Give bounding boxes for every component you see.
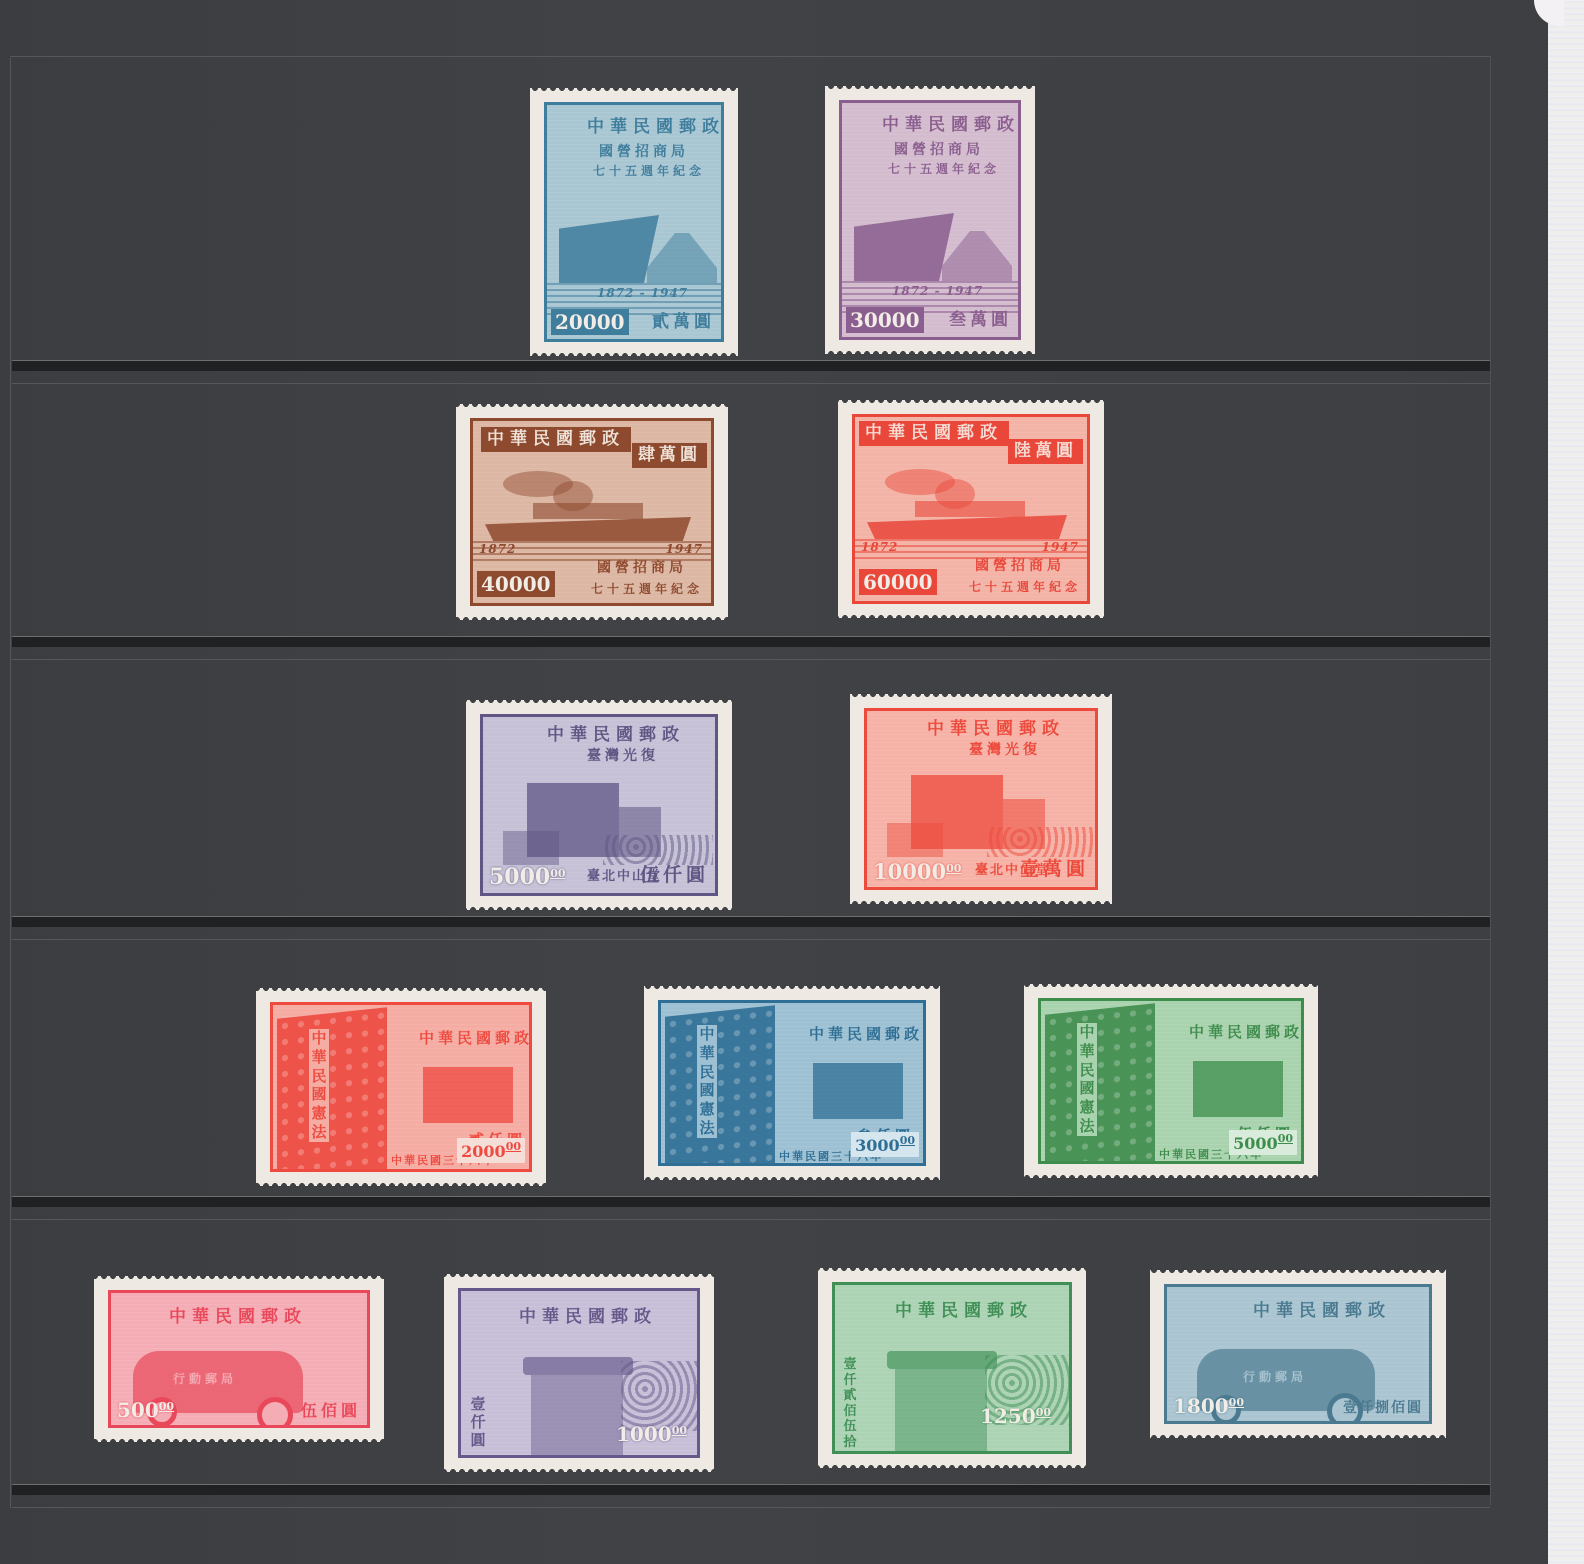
stamp-design: 中華民國郵政 臺灣光復 1000000 臺北中山堂 壹萬圓 [864, 708, 1098, 890]
stamp-value: 40000 [477, 571, 555, 597]
stamp[interactable]: 中華民國郵政 壹仟貳佰伍拾圓 125000 [818, 1268, 1086, 1468]
stamp[interactable]: 中華民國郵政 壹仟圓 100000 [444, 1274, 714, 1472]
stamp-country-text: 中華民國郵政 [587, 119, 724, 136]
stamp[interactable]: 中華民國郵政 臺灣光復 500000 臺北中山堂 伍仟圓 [466, 700, 732, 910]
stamp-value: 125000 [976, 1403, 1055, 1429]
stamp-subtitle: 七十五週年紀念 [888, 163, 1000, 175]
stock-page: 中華民國郵政 國營招商局 七十五週年紀念 1872 - 1947 20000 貳… [0, 0, 1548, 1564]
stamp-country-text: 中華民國郵政 [481, 427, 631, 452]
stamp-subtitle: 七十五週年紀念 [969, 581, 1081, 593]
stock-strip [12, 916, 1490, 927]
stamp-design: 中華民國郵政 國營招商局 七十五週年紀念 1872 - 1947 30000 叁… [839, 100, 1021, 340]
stamp-value: 100000 [612, 1421, 691, 1447]
stock-page-rule [1490, 56, 1491, 1506]
stock-strip [12, 1484, 1490, 1495]
stock-page-rule [10, 58, 11, 1508]
stamp-vehicle-text: 行動郵局 [1243, 1371, 1307, 1383]
stamp-design: 中華民國憲法 中華民國郵政 貳仟圓 中華民國三十六年 200000 [270, 1002, 532, 1172]
stamp-book-title: 中華民國憲法 [1077, 1023, 1097, 1136]
stamp-design: 中華民國憲法 中華民國郵政 叁仟圓 中華民國三十六年 300000 [658, 1000, 926, 1166]
stamp-years: 1872 [479, 543, 516, 555]
stamp[interactable]: 中華民國憲法 中華民國郵政 貳仟圓 中華民國三十六年 200000 [256, 988, 546, 1186]
stamp-years: 1947 [1042, 541, 1079, 553]
stock-strip [12, 1196, 1490, 1207]
stamp[interactable]: 中華民國憲法 中華民國郵政 伍仟圓 中華民國三十六年 500000 [1024, 984, 1318, 1178]
stamp-value-chinese: 伍佰圓 [301, 1403, 361, 1419]
stamp[interactable]: 中華民國郵政 肆萬圓 1872 1947 40000 國營招商局 七十五週年紀念 [456, 404, 728, 620]
stamp-country-text: 中華民國郵政 [1253, 1303, 1391, 1320]
stamp-subtitle: 國營招商局 [599, 145, 689, 159]
stamp-years: 1872 [861, 541, 898, 553]
stamp[interactable]: 中華民國郵政 行動郵局 50000 伍佰圓 [94, 1276, 384, 1442]
stamp-country-text: 中華民國郵政 [519, 1309, 657, 1326]
stamp[interactable]: 中華民國郵政 陸萬圓 1872 1947 60000 國營招商局 七十五週年紀念 [838, 400, 1104, 618]
stamp-value-chinese: 壹仟貳佰伍拾圓 [841, 1357, 859, 1454]
stamp-design: 中華民國郵政 行動郵局 50000 伍佰圓 [108, 1290, 370, 1428]
stamp-country-text: 中華民國郵政 [169, 1309, 307, 1326]
stamp-years: 1872 - 1947 [597, 287, 688, 299]
scan-edge [1548, 0, 1584, 1564]
stamp-country-text: 中華民國郵政 [547, 727, 685, 744]
stamp-design: 中華民國郵政 國營招商局 七十五週年紀念 1872 - 1947 20000 貳… [544, 102, 724, 342]
stamp-vehicle-text: 行動郵局 [173, 1373, 237, 1385]
stamp-design: 中華民國郵政 壹仟圓 100000 [458, 1288, 700, 1458]
stamp-value: 30000 [846, 307, 924, 333]
stamp-value: 20000 [551, 309, 629, 335]
stamp-subtitle: 國營招商局 [597, 561, 687, 575]
stamp-value: 60000 [859, 569, 937, 595]
stamp-book-title: 中華民國憲法 [309, 1029, 329, 1142]
stamp[interactable]: 中華民國郵政 臺灣光復 1000000 臺北中山堂 壹萬圓 [850, 694, 1112, 904]
stamp-subtitle: 國營招商局 [894, 143, 984, 157]
stamp-subtitle: 國營招商局 [975, 559, 1065, 573]
stamp-value: 180000 [1169, 1393, 1248, 1419]
stamp-value: 200000 [457, 1138, 525, 1163]
stock-strip [12, 636, 1490, 647]
stamp-years: 1872 - 1947 [892, 285, 983, 297]
stamp-value-chinese: 肆萬圓 [632, 443, 707, 468]
stamp-country-text: 中華民國郵政 [927, 721, 1065, 738]
stamp-subtitle: 臺灣光復 [969, 743, 1041, 757]
stamp-subtitle: 七十五週年紀念 [591, 583, 703, 595]
stamp-value-chinese: 叁萬圓 [949, 312, 1012, 329]
stamp-country-text: 中華民國郵政 [895, 1303, 1033, 1320]
stamp-value: 50000 [113, 1397, 178, 1423]
stamp[interactable]: 中華民國郵政 國營招商局 七十五週年紀念 1872 - 1947 20000 貳… [530, 88, 738, 356]
stamp-country-text: 中華民國郵政 [882, 117, 1020, 134]
stamp[interactable]: 中華民國郵政 行動郵局 180000 壹仟捌佰圓 [1150, 1270, 1446, 1438]
stamp-design: 中華民國郵政 肆萬圓 1872 1947 40000 國營招商局 七十五週年紀念 [470, 418, 714, 606]
stamp-country-text: 中華民國郵政 [859, 421, 1009, 446]
stamp-country-text: 中華民國郵政 [809, 1027, 923, 1042]
stamp-book-title: 中華民國憲法 [697, 1025, 717, 1138]
stamp-country-text: 中華民國郵政 [1189, 1025, 1303, 1040]
stamp[interactable]: 中華民國郵政 國營招商局 七十五週年紀念 1872 - 1947 30000 叁… [825, 86, 1035, 354]
stamp-subtitle: 臺灣光復 [587, 749, 659, 763]
stamp-value-chinese: 貳萬圓 [652, 314, 715, 331]
stamp-value: 1000000 [869, 858, 965, 885]
stock-page-rule [10, 56, 1490, 57]
stamp-design: 中華民國郵政 行動郵局 180000 壹仟捌佰圓 [1164, 1284, 1432, 1424]
stamp-country-text: 中華民國郵政 [419, 1031, 532, 1046]
stamp-subtitle: 七十五週年紀念 [593, 165, 705, 177]
stamp-value: 300000 [851, 1132, 919, 1157]
stamp-design: 中華民國憲法 中華民國郵政 伍仟圓 中華民國三十六年 500000 [1038, 998, 1304, 1164]
stamp-design: 中華民國郵政 陸萬圓 1872 1947 60000 國營招商局 七十五週年紀念 [852, 414, 1090, 604]
stamp-value: 500000 [485, 863, 570, 891]
stamp-value: 500000 [1229, 1130, 1297, 1155]
stamp-design: 中華民國郵政 壹仟貳佰伍拾圓 125000 [832, 1282, 1072, 1454]
stamp[interactable]: 中華民國憲法 中華民國郵政 叁仟圓 中華民國三十六年 300000 [644, 986, 940, 1180]
stamp-value-chinese: 壹仟圓 [469, 1395, 487, 1449]
stock-strip [12, 360, 1490, 371]
stamp-value-chinese: 陸萬圓 [1008, 439, 1083, 464]
stamp-design: 中華民國郵政 臺灣光復 500000 臺北中山堂 伍仟圓 [480, 714, 718, 896]
stamp-value-chinese: 壹萬圓 [1020, 860, 1089, 879]
stamp-years: 1947 [666, 543, 703, 555]
stamp-value-chinese: 伍仟圓 [640, 866, 709, 885]
stamp-value-chinese: 壹仟捌佰圓 [1343, 1401, 1423, 1415]
